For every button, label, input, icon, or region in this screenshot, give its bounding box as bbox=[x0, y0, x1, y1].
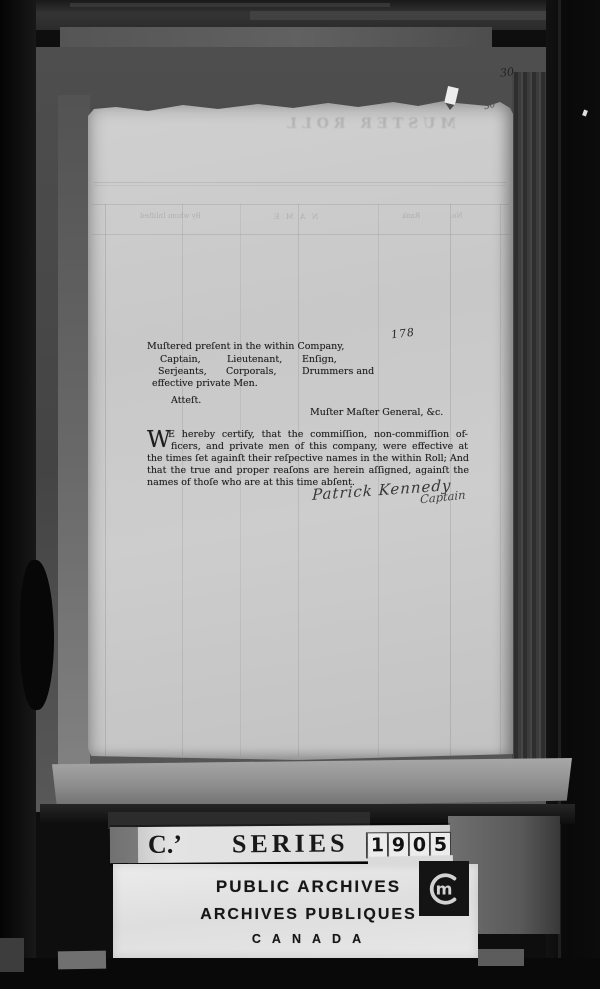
attest-label: Atteſt. bbox=[171, 395, 201, 406]
board-left-highlight bbox=[58, 95, 90, 775]
series-digit-tile: 5 bbox=[430, 833, 450, 857]
table-column-line bbox=[105, 204, 106, 756]
svg-text:m: m bbox=[436, 879, 453, 898]
muster-line: Muſtered preſent in the within Company, bbox=[147, 341, 344, 352]
bleed-header-name: N A M E bbox=[272, 212, 318, 221]
film-edge-left bbox=[0, 0, 36, 989]
muster-master-label: Muſter Maſter General, &c. bbox=[310, 407, 443, 418]
frame-number-note: 30 bbox=[499, 65, 514, 79]
certification-line: ficers, and private men of this company,… bbox=[171, 441, 468, 453]
archives-line-country: C A N A D A bbox=[139, 932, 478, 946]
muster-line: effective private Men. bbox=[152, 378, 258, 389]
bottom-gray-patch bbox=[478, 949, 524, 966]
bleed-header-no: No. bbox=[450, 212, 462, 220]
muster-cell: Drummers and bbox=[302, 366, 374, 377]
muster-cell: Lieutenant, bbox=[227, 354, 282, 365]
film-clip bbox=[20, 560, 54, 710]
certification-line: the times ſet againſt their reſpective n… bbox=[147, 453, 469, 465]
series-digit-tile: 9 bbox=[388, 833, 408, 857]
bleed-rule bbox=[94, 185, 506, 186]
page-number: 178 bbox=[390, 326, 415, 342]
series-word: SERIES bbox=[232, 829, 349, 860]
bleed-title: MUSTER ROLL bbox=[281, 116, 457, 132]
archives-logo-square: m bbox=[419, 861, 469, 916]
document-page: MUSTER ROLL By whom Inliſted N A M E Ran… bbox=[88, 100, 513, 760]
bottom-gray-patch bbox=[0, 938, 24, 972]
muster-cell: Corporals, bbox=[226, 366, 276, 377]
bleed-table-line bbox=[92, 234, 509, 235]
certification-dropcap: W bbox=[147, 429, 171, 451]
page-edge-stack bbox=[512, 72, 548, 786]
bleed-header-rank: Rank bbox=[402, 212, 420, 220]
microfilm-frame: 30 MUSTER ROLL By whom Inliſted N A M E … bbox=[0, 0, 600, 989]
series-digit-tile: 0 bbox=[409, 833, 429, 857]
series-digit-tile: 1 bbox=[367, 833, 387, 857]
certification-line: that the true and proper reaſons are her… bbox=[147, 465, 469, 477]
muster-cell: Serjeants, bbox=[158, 366, 207, 377]
bleed-rule bbox=[94, 182, 506, 183]
series-prefix: C.’ bbox=[148, 830, 182, 860]
certification-line: E hereby certify, that the commiſſion, n… bbox=[168, 429, 468, 441]
film-scratch bbox=[70, 3, 390, 7]
bleed-table-line bbox=[92, 204, 509, 205]
bleed-header-listed: By whom Inliſted bbox=[140, 212, 201, 220]
board-top-edge bbox=[60, 27, 492, 49]
muster-cell: Captain, bbox=[160, 354, 201, 365]
archives-monogram-icon: m bbox=[425, 870, 463, 908]
strip-smudge bbox=[110, 827, 138, 863]
bottom-gray-patch bbox=[58, 951, 106, 970]
muster-cell: Enſign, bbox=[302, 354, 337, 365]
table-column-line bbox=[500, 204, 501, 756]
